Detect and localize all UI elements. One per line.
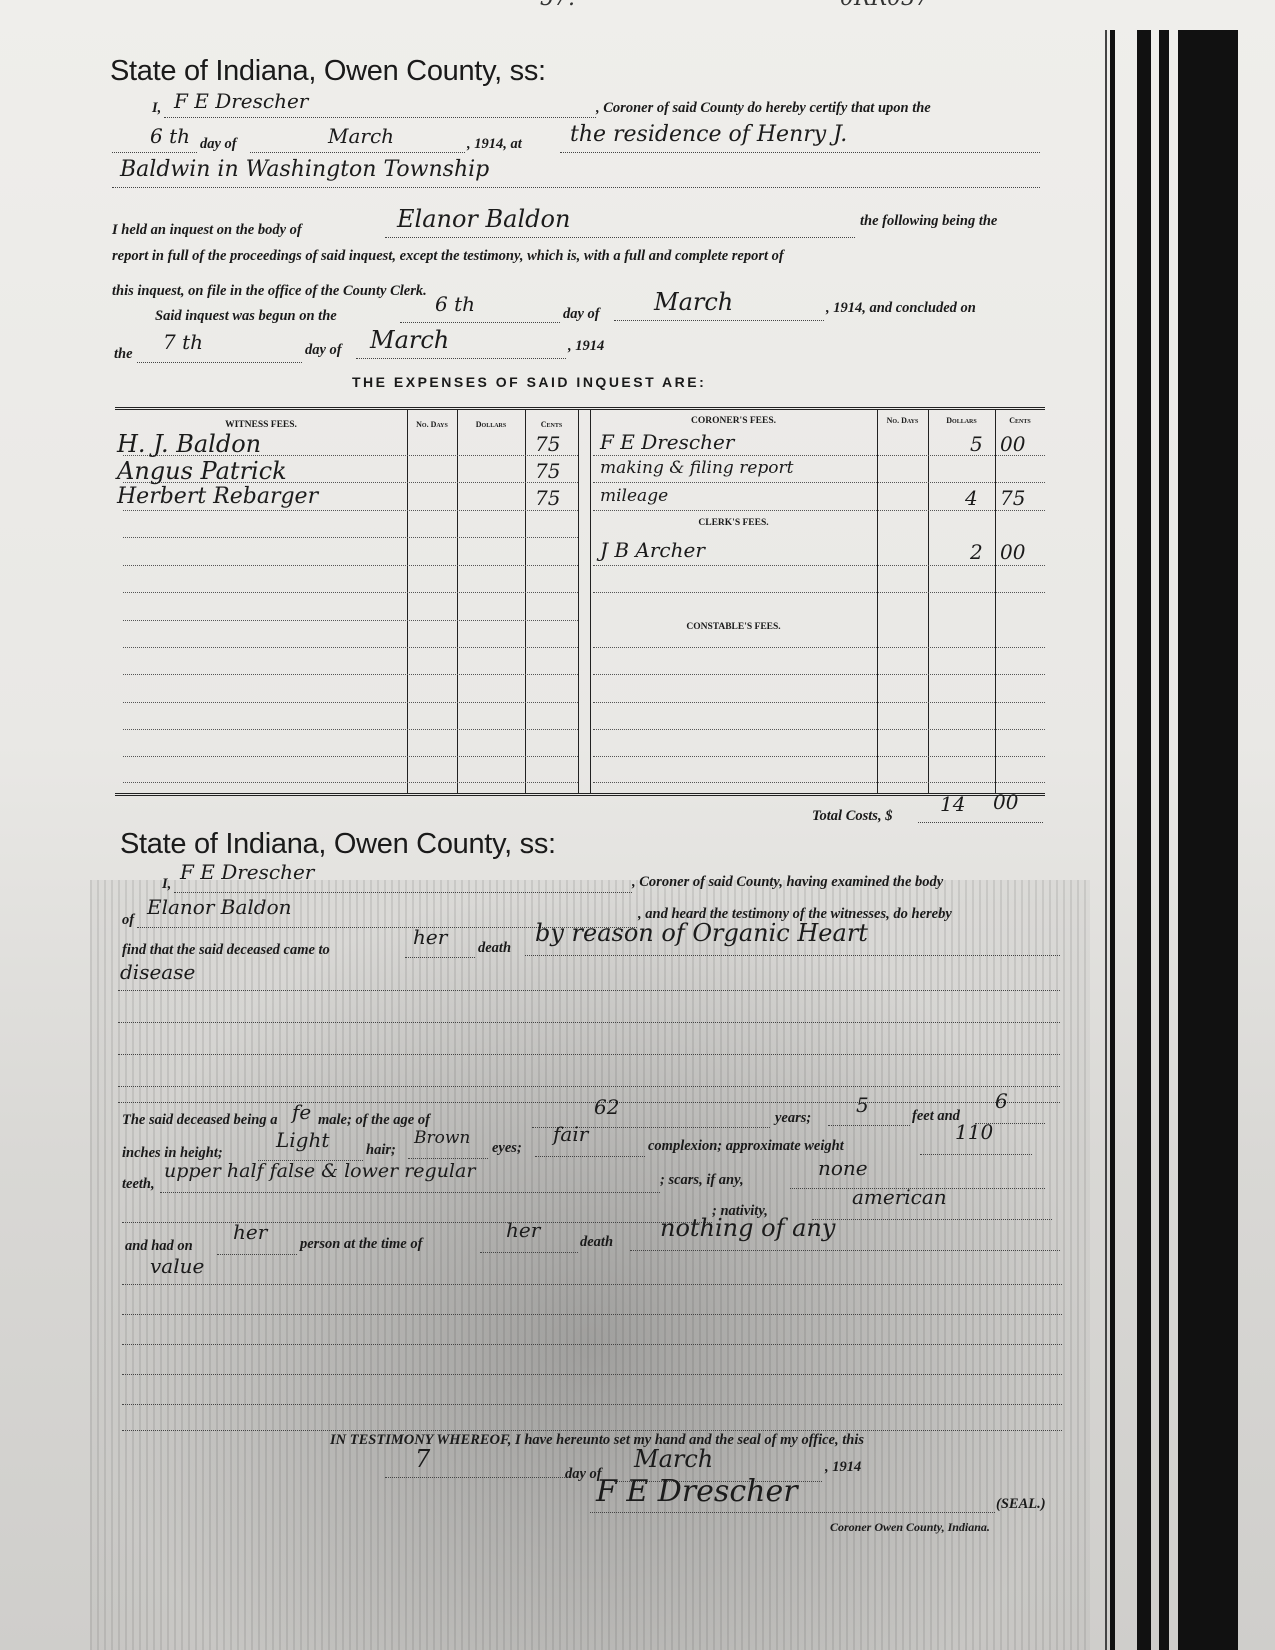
coroner-signature: F E Drescher: [596, 1474, 798, 1509]
total-dollars: 14: [940, 792, 965, 816]
testimony-year: , 1914: [825, 1459, 861, 1476]
clerk-fees-header: CLERK'S FEES.: [590, 518, 877, 528]
coroner-clause: , Coroner of said County do hereby certi…: [596, 100, 931, 117]
coroner-row-item: F E Drescher: [600, 430, 734, 454]
deceased-name-field: Elanor Baldon: [385, 215, 855, 238]
begun-day-field: 6 th: [400, 300, 560, 323]
scars-value: none: [818, 1156, 868, 1180]
effects-line2: value: [150, 1254, 204, 1278]
section2-heading: State of Indiana, Owen County, ss:: [120, 828, 556, 861]
total-label: Total Costs, $: [812, 808, 892, 825]
concluded-month: March: [370, 326, 449, 354]
teeth-label: teeth,: [122, 1176, 155, 1193]
complexion-value: fair: [553, 1122, 588, 1146]
blank-line: [122, 1322, 1062, 1345]
had-on-pronoun: her: [233, 1220, 267, 1244]
testimony-text: IN TESTIMONY WHEREOF, I have hereunto se…: [330, 1432, 864, 1449]
s2-cause-line2: disease: [120, 960, 195, 984]
hair-label: hair;: [366, 1142, 396, 1159]
inches-value: 6: [995, 1089, 1008, 1113]
witness-row-cents: 75: [535, 486, 560, 510]
file-line: this inquest, on file in the office of t…: [112, 283, 427, 300]
witness-row-cents: 75: [535, 432, 560, 456]
hair-field: Light: [258, 1138, 363, 1161]
s2-cause-field-1: by reason of Organic Heart: [525, 933, 1060, 956]
begun-day-of: day of: [563, 306, 600, 323]
blank-line: [122, 1292, 1062, 1315]
sex-prefix: The said deceased being a: [122, 1112, 277, 1129]
coroner-name: F E Drescher: [174, 89, 308, 113]
witness-days-header: No. Days: [407, 420, 457, 429]
teeth-field: upper half false & lower regular: [160, 1170, 660, 1193]
constable-fees-header: CONSTABLE'S FEES.: [590, 622, 877, 632]
blank-line: [118, 1064, 1060, 1087]
s2-pronoun: her: [413, 925, 447, 949]
location-field-1: the residence of Henry J.: [560, 130, 1040, 153]
weight-value: 110: [955, 1120, 993, 1144]
concluded-day-field: 7 th: [137, 340, 302, 363]
month-field: March: [250, 130, 465, 153]
coroner-row-dollars: 5: [970, 432, 983, 456]
clerk-row-cents: 00: [1000, 540, 1025, 564]
s2-find-prefix: find that the said deceased came to: [122, 942, 330, 959]
coroner-row-item: making & filing report: [600, 458, 793, 478]
section1-heading: State of Indiana, Owen County, ss:: [110, 55, 546, 88]
testimony-day-field: 7: [385, 1455, 565, 1478]
witness-cents-header: Cents: [525, 420, 578, 429]
coroner-row-item: mileage: [600, 486, 668, 506]
testimony-day: 7: [415, 1445, 430, 1473]
location-line2: Baldwin in Washington Township: [120, 157, 489, 182]
blank-line: [122, 1382, 1062, 1405]
person-label: person at the time of: [300, 1236, 422, 1253]
begun-month: March: [654, 288, 733, 316]
day-field: 6 th: [112, 130, 197, 153]
had-on-prefix: and had on: [125, 1238, 193, 1255]
feet-value: 5: [856, 1093, 869, 1117]
witness-dollars-header: Dollars: [457, 420, 525, 429]
day-of-label: day of: [200, 136, 237, 153]
month-value: March: [328, 124, 394, 148]
s2-of-prefix: of: [122, 912, 134, 929]
begun-prefix: Said inquest was begun on the: [155, 308, 337, 325]
feet-field: 5: [828, 1103, 910, 1126]
s2-cause-field-2: disease: [118, 968, 1060, 991]
clerk-row-dollars: 2: [970, 540, 983, 564]
sex-value: fe: [292, 1100, 311, 1124]
s2-coroner-field: F E Drescher: [174, 870, 632, 893]
death-label: death: [580, 1234, 613, 1251]
eyes-label: eyes;: [492, 1140, 522, 1157]
years-label: years;: [775, 1110, 811, 1127]
concluded-day: 7 th: [163, 330, 203, 354]
witness-fees-header: WITNESS FEES.: [115, 420, 407, 430]
deceased-name: Elanor Baldon: [397, 205, 570, 233]
coroner-fees-header: CORONER'S FEES.: [590, 416, 877, 426]
effects-field-2: value: [122, 1262, 1062, 1285]
nativity-field: american: [812, 1197, 1052, 1220]
concluded-day-of: day of: [305, 342, 342, 359]
age-value: 62: [594, 1095, 619, 1119]
nativity-blank: [122, 1200, 712, 1223]
i-prefix: I,: [152, 100, 161, 117]
blank-line: [118, 1000, 1060, 1023]
signature-line: F E Drescher: [590, 1490, 995, 1513]
coroner-row-cents: 75: [1000, 486, 1025, 510]
blank-line: [122, 1352, 1062, 1375]
concluded-the: the: [114, 346, 133, 363]
witness-row-name: H. J. Baldon: [117, 430, 261, 458]
scars-label: ; scars, if any,: [660, 1172, 744, 1189]
death-pronoun: her: [506, 1218, 540, 1242]
blank-line: [122, 1412, 1062, 1431]
begun-month-field: March: [614, 298, 824, 321]
teeth-value: upper half false & lower regular: [164, 1160, 475, 1182]
s2-i-prefix: I,: [162, 876, 171, 893]
concluded-year: , 1914: [568, 338, 604, 355]
coroner-title: Coroner Owen County, Indiana.: [830, 1520, 990, 1535]
weight-field: 110: [920, 1132, 1032, 1155]
eyes-field: Brown: [408, 1136, 488, 1159]
concluded-month-field: March: [356, 336, 566, 359]
location-field-2: Baldwin in Washington Township: [112, 165, 1040, 188]
effects-line1: nothing of any: [660, 1214, 835, 1242]
feet-label: feet and: [912, 1108, 960, 1125]
s2-cause-line1: by reason of Organic Heart: [535, 919, 868, 947]
begun-year: , 1914, and concluded on: [826, 300, 976, 317]
document-page: 57. 0RR037 State of Indiana, Owen County…: [0, 0, 1275, 1650]
total-field: 14 00: [918, 802, 1043, 823]
expenses-title: THE EXPENSES OF SAID INQUEST ARE:: [352, 374, 706, 390]
total-cents: 00: [993, 790, 1018, 814]
had-on-pronoun-field: her: [217, 1232, 297, 1255]
coroner-row-cents: 00: [1000, 432, 1025, 456]
blank-line: [118, 1092, 1060, 1103]
report-line: report in full of the proceedings of sai…: [112, 248, 784, 265]
top-mark-right: 0RR037: [840, 0, 929, 11]
s2-coroner-name: F E Drescher: [180, 860, 314, 884]
effects-field-1: nothing of any: [630, 1228, 1060, 1251]
day-value: 6 th: [150, 124, 190, 148]
sex-suffix: male; of the age of: [318, 1112, 430, 1129]
complexion-field: fair: [535, 1134, 645, 1157]
clerk-row-item: J B Archer: [600, 538, 705, 562]
s2-coroner-clause: , Coroner of said County, having examine…: [632, 874, 943, 891]
coroner-dollars-header: Dollars: [928, 416, 995, 425]
testimony-month: March: [634, 1445, 713, 1473]
inquest-suffix: the following being the: [860, 213, 997, 230]
s2-death-word: death: [478, 940, 511, 957]
coroner-row-dollars: 4: [965, 486, 978, 510]
hair-value: Light: [276, 1128, 329, 1152]
witness-row-name: Angus Patrick: [117, 457, 287, 485]
nativity-value: american: [852, 1185, 947, 1209]
complexion-label: complexion; approximate weight: [648, 1138, 844, 1155]
year-label: , 1914, at: [467, 136, 522, 153]
inquest-prefix: I held an inquest on the body of: [112, 222, 302, 239]
scan-edge-bars: [1075, 30, 1275, 1650]
s2-pronoun-field: her: [405, 935, 475, 958]
coroner-days-header: No. Days: [877, 416, 928, 425]
coroner-cents-header: Cents: [995, 416, 1045, 425]
coroner-name-field: F E Drescher: [164, 95, 596, 118]
top-mark-left: 57.: [540, 0, 575, 11]
seal-label: (SEAL.): [996, 1496, 1046, 1513]
death-pronoun-field: her: [480, 1230, 578, 1253]
witness-row-cents: 75: [535, 459, 560, 483]
eyes-value: Brown: [414, 1128, 470, 1148]
s2-deceased-name: Elanor Baldon: [147, 895, 292, 919]
location-line1: the residence of Henry J.: [570, 122, 847, 147]
expenses-table: WITNESS FEES. No. Days Dollars Cents COR…: [115, 407, 1045, 796]
begun-day: 6 th: [435, 292, 475, 316]
blank-line: [118, 1032, 1060, 1055]
witness-row-name: Herbert Rebarger: [117, 484, 318, 509]
